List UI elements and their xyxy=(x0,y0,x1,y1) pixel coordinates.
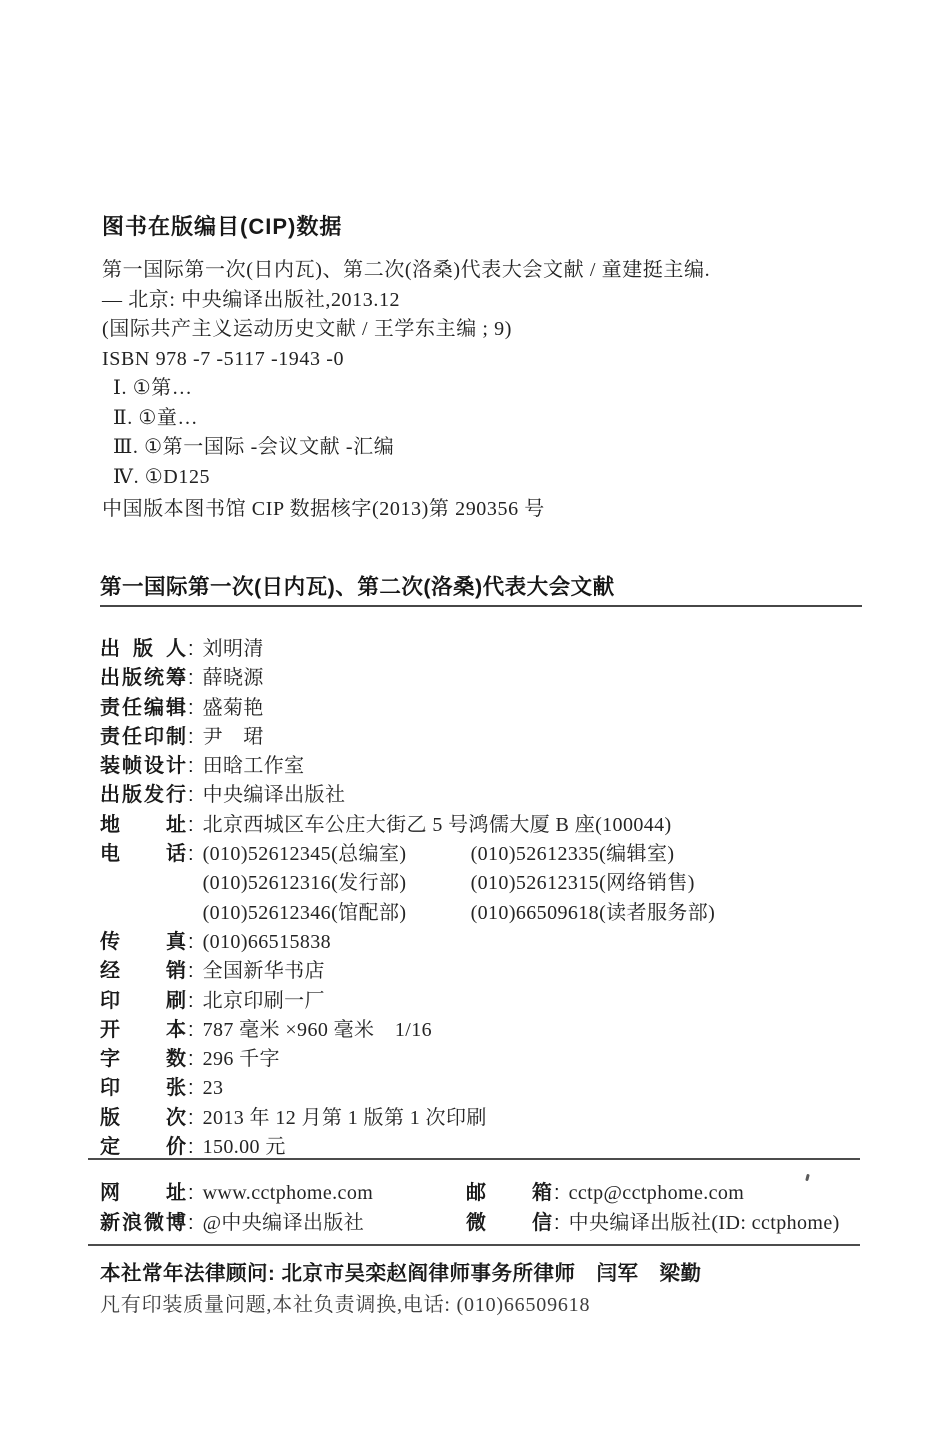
row-label: 邮箱 xyxy=(466,1176,552,1205)
colophon-row-word-count: 字数:296 千字 xyxy=(100,1042,880,1071)
row-colon: : xyxy=(188,755,194,778)
divider-rule-bottom xyxy=(88,1244,860,1246)
row-value: 盛菊艳 xyxy=(203,691,264,720)
row-label: 开本 xyxy=(100,1013,186,1042)
row-colon: : xyxy=(188,667,194,690)
cip-line: Ⅰ. ①第… xyxy=(102,374,867,404)
row-colon: : xyxy=(188,1212,194,1235)
row-label: 出版统筹 xyxy=(100,661,186,690)
row-colon: : xyxy=(188,726,194,749)
row-label: 责任印制 xyxy=(100,720,186,749)
row-colon: : xyxy=(554,1212,560,1235)
contact-pair-weibo: 新浪微博:@中央编译出版社 xyxy=(100,1206,466,1235)
row-label: 版次 xyxy=(100,1101,186,1130)
row-value: 田晗工作室 xyxy=(203,749,305,778)
row-label: 定价 xyxy=(100,1130,186,1159)
row-colon: : xyxy=(188,931,194,954)
contact-pair-website: 网址:www.cctphome.com xyxy=(100,1176,466,1205)
row-colon: : xyxy=(188,1077,194,1100)
colophon-row-sheets: 印张:23 xyxy=(100,1071,880,1100)
phone-grid: (010)52612345(总编室) (010)52612335(编辑室) (0… xyxy=(203,837,716,925)
colophon-row-distribution: 经销:全国新华书店 xyxy=(100,954,880,983)
colophon-row-fax: 传真:(010)66515838 xyxy=(100,925,880,954)
row-value: 2013 年 12 月第 1 版第 1 次印刷 xyxy=(203,1101,487,1130)
colophon-row-phones: 电话: (010)52612345(总编室) (010)52612335(编辑室… xyxy=(100,837,880,925)
row-colon: : xyxy=(554,1182,560,1205)
row-label: 印刷 xyxy=(100,984,186,1013)
phone-cell: (010)52612346(馆配部) xyxy=(203,896,471,925)
cip-line: 中国版本图书馆 CIP 数据核字(2013)第 290356 号 xyxy=(102,495,867,525)
row-value: 尹 珺 xyxy=(203,720,264,749)
cip-block: 图书在版编目(CIP)数据 第一国际第一次(日内瓦)、第二次(洛桑)代表大会文献… xyxy=(102,214,867,525)
colophon-row-price: 定价:150.00 元 xyxy=(100,1130,880,1159)
row-value: (010)66515838 xyxy=(203,931,332,954)
row-value: 全国新华书店 xyxy=(203,954,325,983)
row-label: 新浪微博 xyxy=(100,1206,186,1235)
cip-heading: 图书在版编目(CIP)数据 xyxy=(102,214,867,240)
row-colon: : xyxy=(188,638,194,661)
row-label: 微信 xyxy=(466,1206,552,1235)
phone-cell: (010)52612315(网络销售) xyxy=(471,866,695,895)
cip-line: — 北京: 中央编译出版社,2013.12 xyxy=(102,286,867,316)
row-value: 23 xyxy=(203,1077,224,1100)
colophon-row-edition: 版次:2013 年 12 月第 1 版第 1 次印刷 xyxy=(100,1101,880,1130)
row-label: 字数 xyxy=(100,1042,186,1071)
colophon-row-publisher: 出版人:刘明清 xyxy=(100,632,880,661)
row-value: 150.00 元 xyxy=(203,1130,286,1159)
divider-rule-top xyxy=(88,1158,860,1160)
row-colon: : xyxy=(188,784,194,807)
cip-line: Ⅲ. ①第一国际 -会议文献 -汇编 xyxy=(102,433,867,463)
row-label: 地址 xyxy=(100,808,186,837)
row-label: 网址 xyxy=(100,1176,186,1205)
book-title: 第一国际第一次(日内瓦)、第二次(洛桑)代表大会文献 xyxy=(100,575,862,607)
row-colon: : xyxy=(188,1136,194,1159)
colophon-row-format: 开本:787 毫米 ×960 毫米 1/16 xyxy=(100,1013,880,1042)
row-label: 出版人 xyxy=(100,632,186,661)
cip-line: Ⅳ. ①D125 xyxy=(102,463,867,493)
phone-cell: (010)52612335(编辑室) xyxy=(471,837,675,866)
book-copyright-page: 图书在版编目(CIP)数据 第一国际第一次(日内瓦)、第二次(洛桑)代表大会文献… xyxy=(0,0,945,1438)
contact-row: 新浪微博:@中央编译出版社 微信:中央编译出版社(ID: cctphome) xyxy=(100,1206,862,1236)
contact-row: 网址:www.cctphome.com 邮箱:cctp@cctphome.com xyxy=(100,1176,862,1206)
row-value: 刘明清 xyxy=(203,632,264,661)
row-value: 中央编译出版社 xyxy=(203,778,346,807)
row-value: 北京西城区车公庄大街乙 5 号鸿儒大厦 B 座(100044) xyxy=(203,808,672,837)
row-colon: : xyxy=(188,814,194,837)
colophon-row-print-supervisor: 责任印制:尹 珺 xyxy=(100,720,880,749)
row-value: 296 千字 xyxy=(203,1042,280,1071)
colophon-block: 出版人:刘明清 出版统筹:薛晓源 责任编辑:盛菊艳 责任印制:尹 珺 装帧设计:… xyxy=(100,632,880,1159)
colophon-row-printer: 印刷:北京印刷一厂 xyxy=(100,984,880,1013)
website-url: www.cctphome.com xyxy=(203,1182,374,1205)
row-label: 经销 xyxy=(100,954,186,983)
row-label: 印张 xyxy=(100,1071,186,1100)
row-colon: : xyxy=(188,990,194,1013)
cip-line: 第一国际第一次(日内瓦)、第二次(洛桑)代表大会文献 / 童建挺主编. xyxy=(102,256,867,286)
quality-notice-line: 凡有印装质量问题,本社负责调换,电话: (010)66509618 xyxy=(100,1293,590,1317)
row-label: 装帧设计 xyxy=(100,749,186,778)
row-colon: : xyxy=(188,960,194,983)
wechat-id: 中央编译出版社(ID: cctphome) xyxy=(569,1206,840,1235)
cip-line: Ⅱ. ①童… xyxy=(102,404,867,434)
phone-cell: (010)66509618(读者服务部) xyxy=(471,896,716,925)
cip-line: (国际共产主义运动历史文献 / 王学东主编 ; 9) xyxy=(102,315,867,345)
phone-cell: (010)52612316(发行部) xyxy=(203,866,471,895)
row-colon: : xyxy=(188,843,194,866)
row-label: 责任编辑 xyxy=(100,691,186,720)
email-address: cctp@cctphome.com xyxy=(569,1182,745,1205)
row-colon: : xyxy=(188,1048,194,1071)
colophon-row-publishing-house: 出版发行:中央编译出版社 xyxy=(100,778,880,807)
row-label: 传真 xyxy=(100,925,186,954)
phone-row: (010)52612345(总编室) (010)52612335(编辑室) xyxy=(203,837,716,866)
weibo-handle: @中央编译出版社 xyxy=(203,1206,365,1235)
contact-pair-email: 邮箱:cctp@cctphome.com xyxy=(466,1176,862,1205)
phone-cell: (010)52612345(总编室) xyxy=(203,837,471,866)
row-colon: : xyxy=(188,1182,194,1205)
row-label: 电话 xyxy=(100,837,186,866)
row-colon: : xyxy=(188,1107,194,1130)
row-value: 787 毫米 ×960 毫米 1/16 xyxy=(203,1013,432,1042)
phone-row: (010)52612316(发行部) (010)52612315(网络销售) xyxy=(203,866,716,895)
legal-counsel-line: 本社常年法律顾问: 北京市吴栾赵阎律师事务所律师 闫军 梁勤 xyxy=(100,1262,702,1286)
colophon-row-planning: 出版统筹:薛晓源 xyxy=(100,661,880,690)
colophon-row-editor: 责任编辑:盛菊艳 xyxy=(100,691,880,720)
row-colon: : xyxy=(188,697,194,720)
colophon-row-design: 装帧设计:田晗工作室 xyxy=(100,749,880,778)
cip-line: ISBN 978 -7 -5117 -1943 -0 xyxy=(102,345,867,375)
phone-row: (010)52612346(馆配部) (010)66509618(读者服务部) xyxy=(203,896,716,925)
contact-block: 网址:www.cctphome.com 邮箱:cctp@cctphome.com… xyxy=(100,1176,862,1236)
contact-pair-wechat: 微信:中央编译出版社(ID: cctphome) xyxy=(466,1206,862,1235)
colophon-row-address: 地址:北京西城区车公庄大街乙 5 号鸿儒大厦 B 座(100044) xyxy=(100,808,880,837)
row-colon: : xyxy=(188,1019,194,1042)
row-value: 北京印刷一厂 xyxy=(203,984,325,1013)
row-label: 出版发行 xyxy=(100,778,186,807)
row-value: 薛晓源 xyxy=(203,661,264,690)
